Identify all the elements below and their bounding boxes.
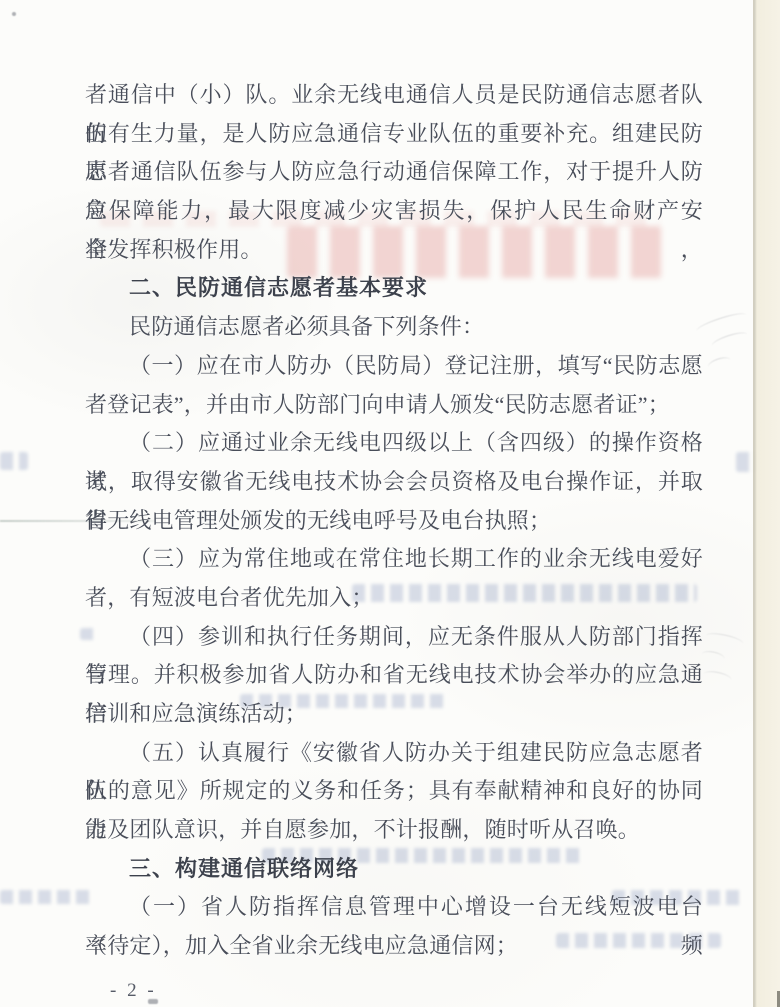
text-line: （一）应在市人防办（民防局）登记注册，填写“民防志愿 bbox=[85, 347, 703, 386]
text-line: 急保障能力，最大限度减少灾害损失，保护人民生命财产安全， bbox=[85, 192, 703, 231]
document-body-text: 者通信中（小）队。业余无线电通信人员是民防通信志愿者队伍的有生力量，是人防应急通… bbox=[85, 76, 703, 966]
page-number: - 2 - bbox=[110, 980, 157, 1002]
text-line: （五）认真履行《安徽省人防办关于组建民防应急志愿者队 bbox=[85, 734, 703, 773]
text-line: 管理。并积极参加省人防办和省无线电技术协会举办的应急通信 bbox=[85, 656, 703, 695]
text-line: 伍的意见》所规定的义务和任务；具有奉献精神和良好的协同能 bbox=[85, 772, 703, 811]
scan-edge-strip bbox=[753, 0, 780, 1007]
section-heading-line: 二、民防通信志愿者基本要求 bbox=[85, 269, 703, 308]
text-line: 培训和应急演练活动； bbox=[85, 695, 703, 734]
text-line: 的有生力量，是人防应急通信专业队伍的重要补充。组建民防志 bbox=[85, 115, 703, 154]
text-line: 者，有短波电台者优先加入； bbox=[85, 579, 703, 618]
text-line: 者登记表”，并由市人防部门向申请人颁发“民防志愿者证”； bbox=[85, 386, 703, 425]
bleedthrough-blue-strip bbox=[0, 452, 28, 470]
section-heading-line: 三、构建通信联络网络 bbox=[85, 850, 703, 889]
text-line: 省无线电管理处颁发的无线电呼号及电台执照； bbox=[85, 502, 703, 541]
bleedthrough-blue-strip bbox=[736, 452, 778, 472]
text-line: （四）参训和执行任务期间，应无条件服从人防部门指挥与 bbox=[85, 618, 703, 657]
text-line: （一）省人防指挥信息管理中心增设一台无线短波电台（频 bbox=[85, 888, 703, 927]
text-line: 试，取得安徽省无线电技术协会会员资格及电台操作证，并取得 bbox=[85, 463, 703, 502]
text-line: 者通信中（小）队。业余无线电通信人员是民防通信志愿者队伍 bbox=[85, 76, 703, 115]
text-line: （三）应为常住地或在常住地长期工作的业余无线电爱好 bbox=[85, 540, 703, 579]
bleedthrough-blue-strip bbox=[0, 890, 95, 904]
scan-speck bbox=[12, 12, 16, 16]
text-line: 力及团队意识，并自愿参加，不计报酬，随时听从召唤。 bbox=[85, 811, 703, 850]
scanned-document-page: 者通信中（小）队。业余无线电通信人员是民防通信志愿者队伍的有生力量，是人防应急通… bbox=[0, 0, 780, 1007]
text-line: （二）应通过业余无线电四级以上（含四级）的操作资格考 bbox=[85, 424, 703, 463]
text-line: 民防通信志愿者必须具备下列条件： bbox=[85, 308, 703, 347]
text-line: 愿者通信队伍参与人防应急行动通信保障工作，对于提升人防应 bbox=[85, 153, 703, 192]
